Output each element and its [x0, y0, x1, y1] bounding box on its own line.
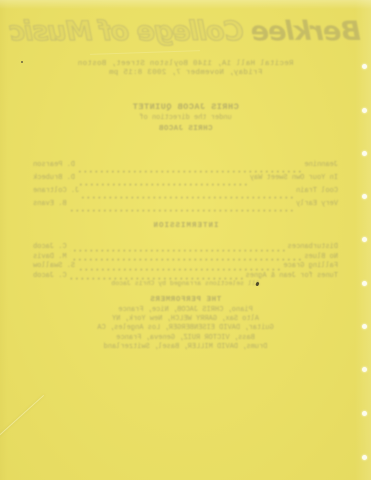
dot-leader: [82, 193, 293, 200]
performer-line: Bass, VICTOR RUIZ, Geneva, France: [0, 334, 371, 343]
composer: D. Pearson: [33, 161, 75, 169]
mirrored-bleedthrough-layer: Berklee College of Music Recital Hall 1A…: [0, 0, 371, 480]
direction-credit: under the direction of: [0, 113, 371, 124]
song-title: No Blues: [304, 253, 338, 261]
song-title: Falling Grace: [283, 262, 338, 270]
binding-hole: [362, 455, 367, 460]
composer: D. Brubeck: [33, 174, 75, 182]
program-set-1: Jeannine D. Pearson In Your Own Sweet Wa…: [33, 161, 338, 213]
binding-hole: [362, 151, 367, 156]
director-name: CHRIS JACOB: [0, 124, 371, 135]
composer: B. Evans: [33, 200, 67, 208]
intermission-label: INTERMISSION: [0, 222, 371, 230]
song-title: Tunes for Jean & Agnes: [246, 272, 338, 280]
song-title: In Your Own Sweet Way: [250, 174, 338, 182]
venue-line: Recital Hall 1A, 1140 Boylston Street, B…: [0, 60, 371, 69]
ensemble-name: CHRIS JACOB QUINTET: [0, 102, 371, 113]
dot-leader: [78, 167, 301, 174]
title-block: CHRIS JACOB QUINTET under the direction …: [0, 102, 371, 135]
program-row: Falling Grace S. Swallow: [33, 262, 338, 272]
binding-hole: [362, 367, 367, 372]
venue-block: Recital Hall 1A, 1140 Boylston Street, B…: [0, 60, 371, 78]
program-row: In Your Own Sweet Way D. Brubeck: [33, 174, 338, 187]
performer-line: Drums, DAVID MILLER, Basel, Switzerland: [0, 343, 371, 352]
ink-speck: [21, 61, 23, 63]
performers-list: Piano, CHRIS JACOB, Nice, France Alto Sa…: [0, 306, 371, 352]
logo-words-college-of-music: College of Music: [10, 16, 252, 47]
composer: M. Davis: [33, 253, 67, 261]
program-row: Disturbances C. Jacob: [33, 243, 338, 253]
song-title: Jeannine: [304, 161, 338, 169]
binding-hole: [362, 411, 367, 416]
binding-hole: [362, 108, 367, 113]
scanned-paper-page: Berklee College of Music Recital Hall 1A…: [0, 0, 371, 480]
song-title: Disturbances: [288, 243, 338, 251]
program-set-2: Disturbances C. Jacob No Blues M. Davis …: [33, 243, 338, 281]
dot-leader: [70, 246, 285, 253]
performers-heading: THE PERFORMERS: [0, 296, 371, 304]
binding-hole: [362, 194, 367, 199]
performer-line: Piano, CHRIS JACOB, Nice, France: [0, 306, 371, 315]
logo-word-berklee: Berklee: [252, 16, 361, 47]
performer-line: Alto Sax, GARRY WELCH, New York, NY: [0, 315, 371, 324]
binding-hole: [362, 64, 367, 69]
song-title: Cool Train: [296, 187, 338, 195]
composer: J. Coltrane: [33, 187, 79, 195]
song-title: Very Early: [296, 200, 338, 208]
date-line: Friday, November 7, 2003 8:15 pm: [0, 69, 371, 78]
berklee-logo: Berklee College of Music: [0, 16, 371, 47]
dot-leader: [78, 265, 280, 272]
program-row: Very Early B. Evans: [33, 200, 338, 213]
composer: C. Jacob: [33, 243, 67, 251]
dot-leader: [78, 180, 247, 187]
program-row: No Blues M. Davis: [33, 253, 338, 263]
program-row: Jeannine D. Pearson: [33, 161, 338, 174]
dot-leader: [70, 255, 302, 262]
composer: S. Swallow: [33, 262, 75, 270]
dot-leader: [70, 206, 293, 213]
binding-hole: [362, 281, 367, 286]
binding-hole: [362, 237, 367, 242]
binding-hole: [362, 324, 367, 329]
composer: C. Jacob: [33, 272, 67, 280]
program-row: Cool Train J. Coltrane: [33, 187, 338, 200]
arranger-note: All selections arranged by Chris Jacob: [0, 280, 371, 287]
performer-line: Guitar, DAVID EISENBERGER, Los Angeles, …: [0, 324, 371, 333]
